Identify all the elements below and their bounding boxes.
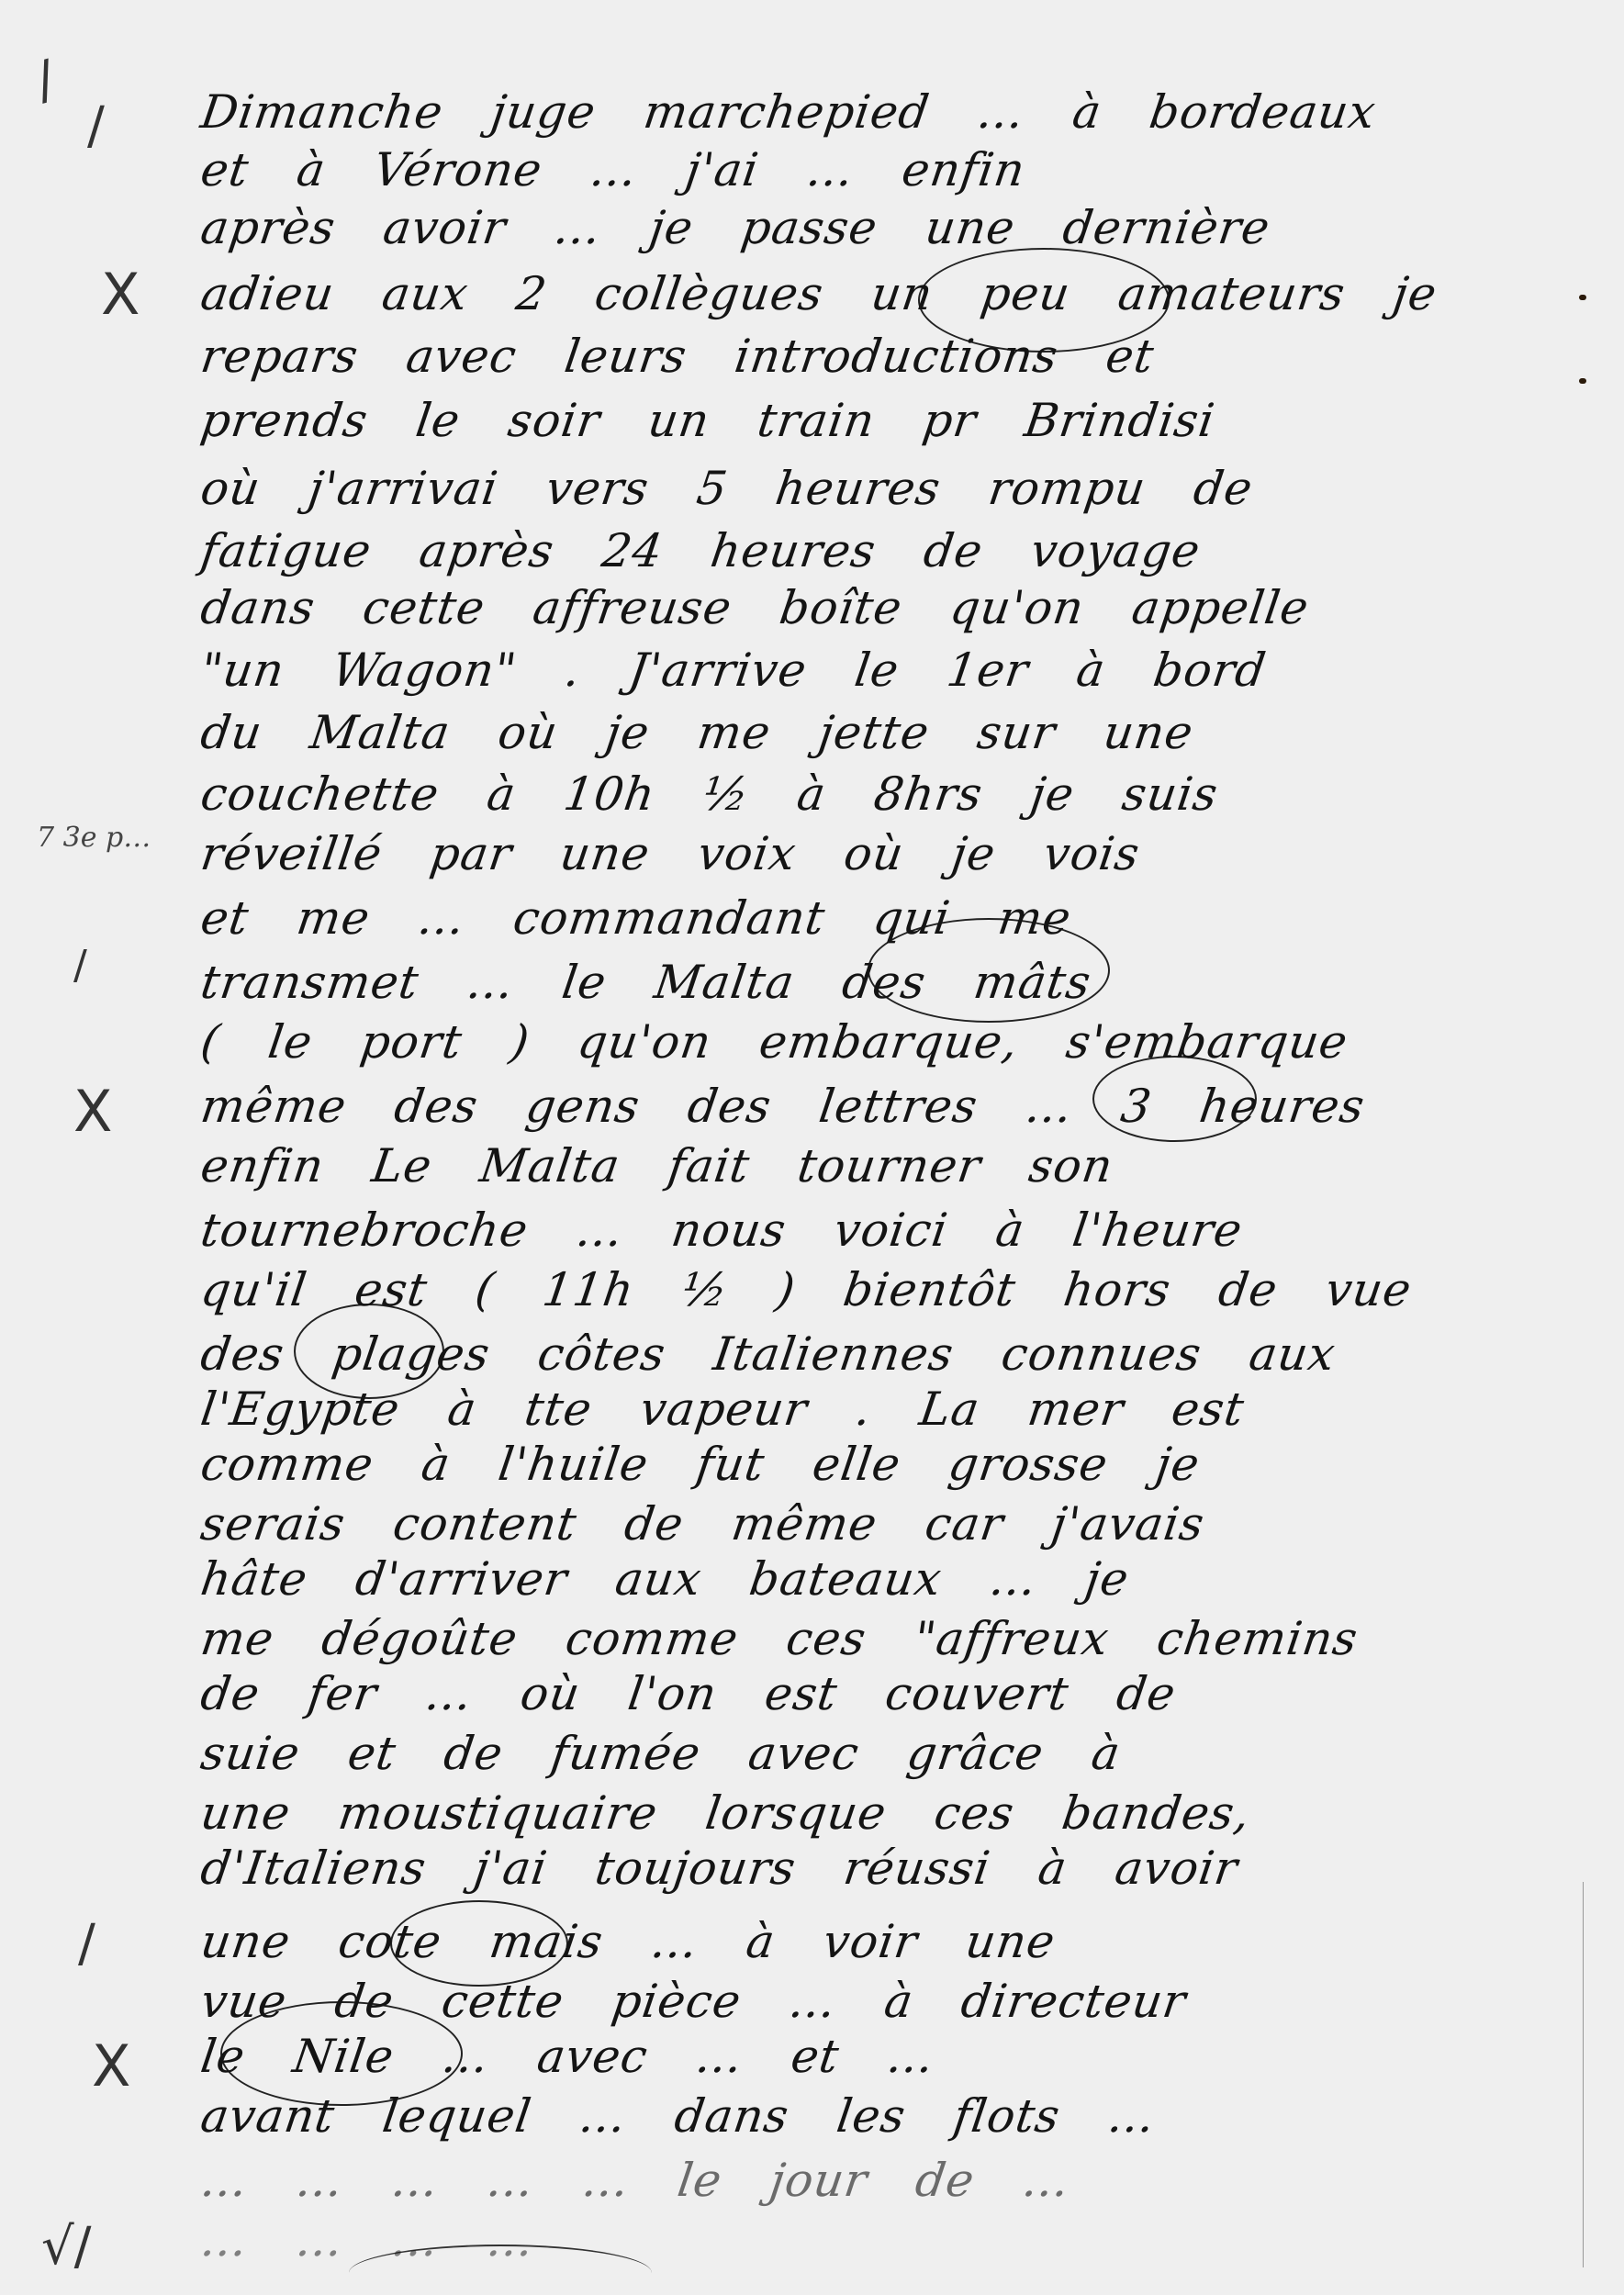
manuscript-line: qu'il est ( 11h ½ ) bientôt hors de vue xyxy=(197,1262,1472,1317)
edge-mark xyxy=(1579,378,1586,384)
manuscript-line: des plages côtes Italiennes connues aux xyxy=(197,1327,1472,1382)
manuscript-line: me dégoûte comme ces "affreux chemins xyxy=(197,1611,1472,1666)
manuscript-line: fatigue après 24 heures de voyage xyxy=(197,523,1472,578)
margin-slash-mark: / xyxy=(30,54,61,108)
manuscript-line: enfin Le Malta fait tourner son xyxy=(197,1138,1472,1193)
manuscript-line: de fer … où l'on est couvert de xyxy=(197,1666,1472,1721)
margin-slash-mark: / xyxy=(87,101,105,152)
manuscript-line: couchette à 10h ½ à 8hrs je suis xyxy=(197,767,1472,822)
manuscript-line: … … … … … le jour de … xyxy=(197,2153,1472,2208)
manuscript-line: même des gens des lettres … 3 heures xyxy=(197,1079,1472,1134)
margin-note: 7 3e p… xyxy=(37,822,151,854)
manuscript-line: tournebroche … nous voici à l'heure xyxy=(197,1203,1472,1258)
manuscript-line: serais content de même car j'avais xyxy=(197,1496,1472,1551)
manuscript-line: … … … … xyxy=(197,2212,1472,2267)
manuscript-line: où j'arrivai vers 5 heures rompu de xyxy=(197,461,1472,516)
edge-mark xyxy=(1579,295,1586,300)
manuscript-line: dans cette affreuse boîte qu'on appelle xyxy=(197,580,1472,635)
page-edge-line xyxy=(1583,1882,1584,2267)
manuscript-line: avant lequel … dans les flots … xyxy=(197,2088,1472,2144)
manuscript-line: Dimanche juge marchepied … à bordeaux xyxy=(197,84,1472,140)
margin-slash-mark: / xyxy=(73,946,87,986)
manuscript-line: transmet … le Malta des mâts xyxy=(197,955,1472,1010)
manuscript-line: une moustiquaire lorsque ces bandes, xyxy=(197,1786,1472,1841)
manuscript-line: d'Italiens j'ai toujours réussi à avoir xyxy=(197,1841,1472,1896)
manuscript-line: et me … commandant qui me xyxy=(197,890,1472,946)
margin-slash-mark: / xyxy=(78,1919,95,1970)
manuscript-line: du Malta où je me jette sur une xyxy=(197,705,1472,760)
margin-cross-mark: X xyxy=(73,1083,112,1140)
manuscript-page: / / X 7 3e p… / X / X √/ Dimanche juge m… xyxy=(0,0,1624,2295)
manuscript-line: réveillé par une voix où je vois xyxy=(197,826,1472,881)
manuscript-line: adieu aux 2 collègues un peu amateurs je xyxy=(197,266,1472,321)
manuscript-line: et à Vérone … j'ai … enfin xyxy=(197,142,1472,197)
manuscript-line: ( le port ) qu'on embarque, s'embarque xyxy=(197,1014,1472,1069)
margin-cross-mark: X xyxy=(101,266,140,323)
manuscript-line: l'Egypte à tte vapeur . La mer est xyxy=(197,1382,1472,1437)
margin-cross-mark: X xyxy=(92,2038,130,2095)
manuscript-line: prends le soir un train pr Brindisi xyxy=(197,393,1472,448)
manuscript-line: hâte d'arriver aux bateaux … je xyxy=(197,1551,1472,1606)
manuscript-line: après avoir … je passe une dernière xyxy=(197,200,1472,255)
manuscript-line: repars avec leurs introductions et xyxy=(197,329,1472,384)
manuscript-line: suie et de fumée avec grâce à xyxy=(197,1726,1472,1781)
manuscript-line: comme à l'huile fut elle grosse je xyxy=(197,1437,1472,1492)
margin-check-mark: √/ xyxy=(41,2222,92,2273)
manuscript-line: le Nile … avec … et … xyxy=(197,2029,1472,2084)
manuscript-line: "un Wagon" . J'arrive le 1er à bord xyxy=(197,643,1472,698)
manuscript-line: une cote mais … à voir une xyxy=(197,1914,1472,1969)
manuscript-line: vue de cette pièce … à directeur xyxy=(197,1974,1472,2029)
